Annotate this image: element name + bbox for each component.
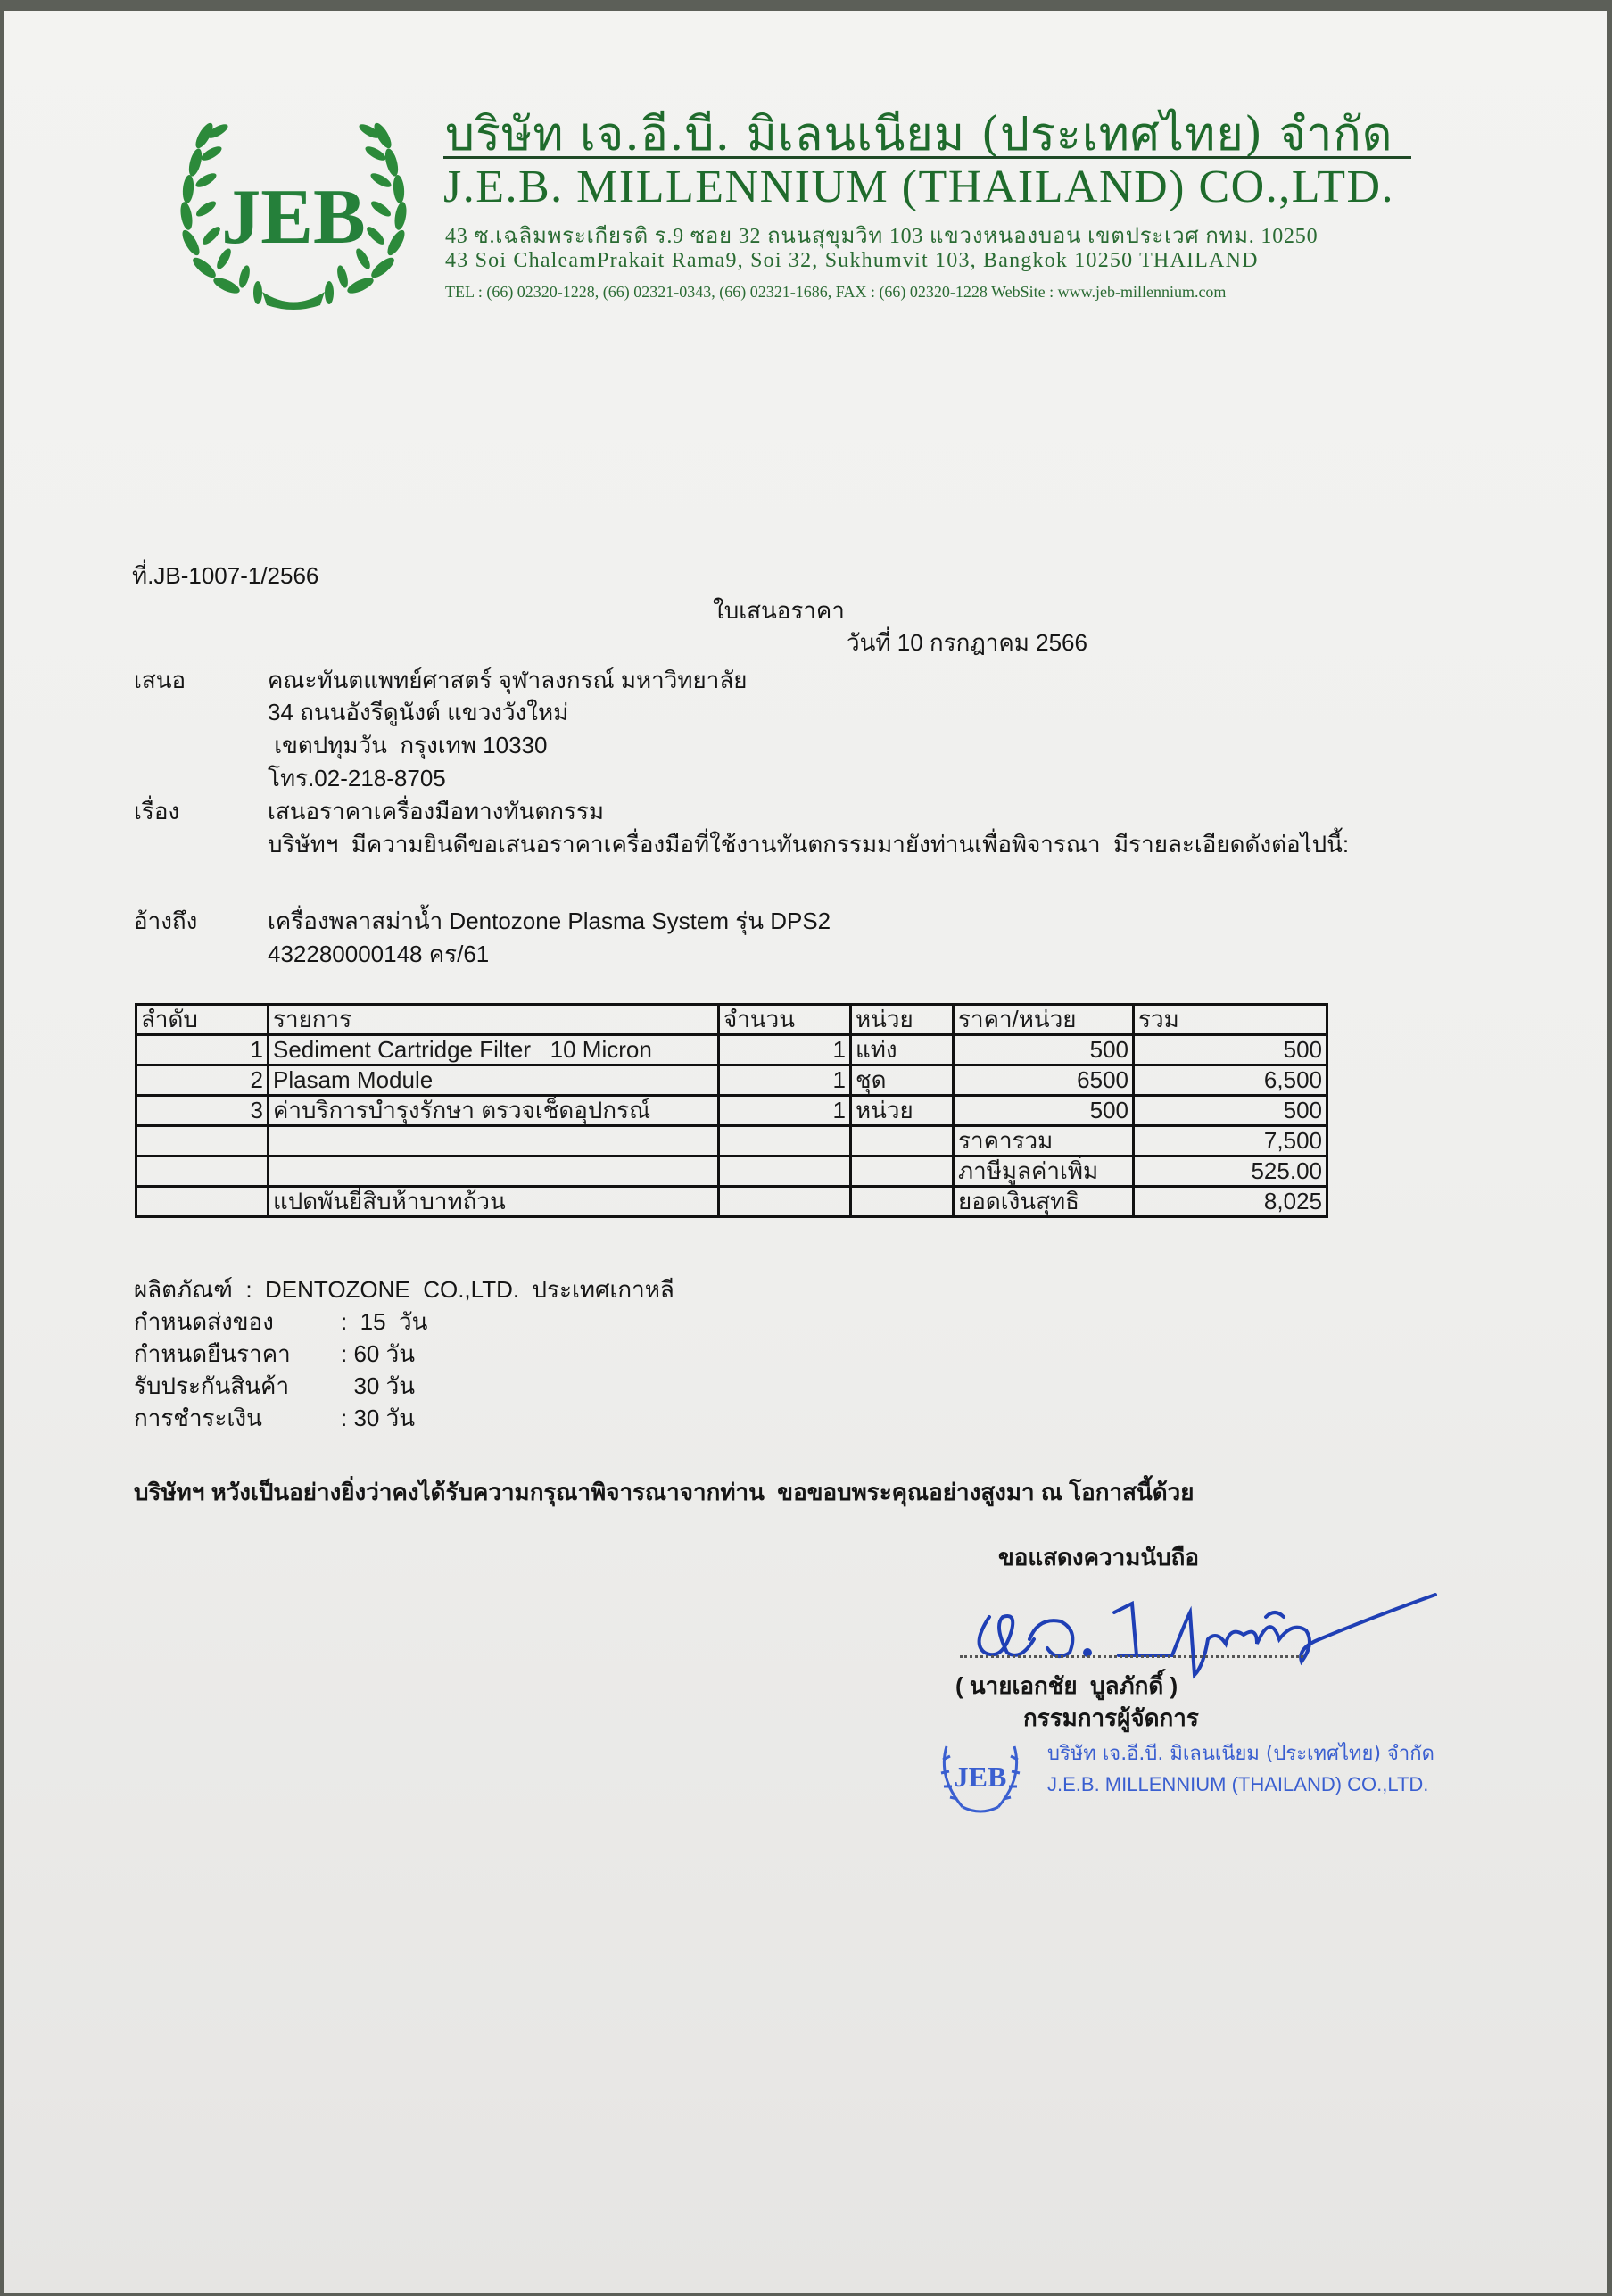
quotation-page: JEB บริษัท เจ.อี.บี. มิเลนเนียม (ประเทศไ… bbox=[4, 11, 1607, 2293]
row-unit: แท่ง bbox=[851, 1035, 954, 1065]
amount-in-words: แปดพันยี่สิบห้าบาทถ้วน bbox=[269, 1187, 719, 1217]
net-total-row: แปดพันยี่สิบห้าบาทถ้วน ยอดเงินสุทธิ 8,02… bbox=[136, 1187, 1327, 1217]
jeb-laurel-logo: JEB bbox=[169, 109, 418, 310]
reference-line: 432280000148 คร/61 bbox=[268, 936, 489, 973]
closing-text: บริษัทฯ หวังเป็นอย่างยิ่งว่าคงได้รับความ… bbox=[134, 1474, 1194, 1511]
subject-text: เสนอราคาเครื่องมือทางทันตกรรม bbox=[268, 793, 604, 830]
product-origin: ผลิตภัณฑ์ : DENTOZONE CO.,LTD. ประเทศเกา… bbox=[134, 1272, 674, 1308]
recipient-line: คณะทันตแพทย์ศาสตร์ จุฬาลงกรณ์ มหาวิทยาลั… bbox=[268, 662, 748, 699]
table-row: 2 Plasam Module 1 ชุด 6500 6,500 bbox=[136, 1065, 1327, 1096]
term-label: การชำระเงิน bbox=[134, 1400, 262, 1437]
header-item: รายการ bbox=[269, 1005, 719, 1035]
letterhead-divider bbox=[443, 156, 1411, 159]
subtotal-value: 7,500 bbox=[1134, 1126, 1327, 1156]
row-unit-price: 6500 bbox=[954, 1065, 1134, 1096]
row-total: 500 bbox=[1134, 1096, 1327, 1126]
row-unit-price: 500 bbox=[954, 1035, 1134, 1065]
term-value: : 15 วัน bbox=[341, 1304, 427, 1340]
recipient-phone: โทร.02-218-8705 bbox=[268, 760, 446, 797]
regards-text: ขอแสดงความนับถือ bbox=[998, 1539, 1199, 1576]
company-name-thai: บริษัท เจ.อี.บี. มิเลนเนียม (ประเทศไทย) … bbox=[445, 96, 1393, 170]
row-qty: 1 bbox=[719, 1065, 851, 1096]
row-no: 3 bbox=[136, 1096, 269, 1126]
recipient-label: เสนอ bbox=[134, 662, 186, 699]
subject-label: เรื่อง bbox=[134, 793, 179, 830]
row-unit: หน่วย bbox=[851, 1096, 954, 1126]
signer-name: ( นายเอกชัย บูลภักดิ์ ) bbox=[955, 1668, 1178, 1704]
intro-text: บริษัทฯ มีความยินดีขอเสนอราคาเครื่องมือท… bbox=[268, 826, 1349, 863]
header-total: รวม bbox=[1134, 1005, 1327, 1035]
row-no: 1 bbox=[136, 1035, 269, 1065]
table-row: 3 ค่าบริการบำรุงรักษา ตรวจเช็ดอุปกรณ์ 1 … bbox=[136, 1096, 1327, 1126]
term-label: กำหนดส่งของ bbox=[134, 1304, 274, 1340]
company-stamp: JEB บริษัท เจ.อี.บี. มิเลนเนียม (ประเทศไ… bbox=[936, 1737, 1435, 1809]
row-total: 500 bbox=[1134, 1035, 1327, 1065]
row-qty: 1 bbox=[719, 1096, 851, 1126]
stamp-company-english: J.E.B. MILLENNIUM (THAILAND) CO.,LTD. bbox=[1047, 1773, 1428, 1796]
table-header-row: ลำดับ รายการ จำนวน หน่วย ราคา/หน่วย รวม bbox=[136, 1005, 1327, 1035]
term-label: กำหนดยืนราคา bbox=[134, 1336, 291, 1372]
quotation-table: ลำดับ รายการ จำนวน หน่วย ราคา/หน่วย รวม … bbox=[135, 1003, 1328, 1218]
vat-label: ภาษีมูลค่าเพิ่ม bbox=[954, 1156, 1134, 1187]
header-no: ลำดับ bbox=[136, 1005, 269, 1035]
term-label: รับประกันสินค้า bbox=[134, 1368, 289, 1405]
recipient-line: เขตปทุมวัน กรุงเทพ 10330 bbox=[268, 727, 547, 764]
signature-line bbox=[960, 1655, 1303, 1658]
company-name-english: J.E.B. MILLENNIUM (THAILAND) CO.,LTD. bbox=[443, 161, 1394, 213]
net-total-label: ยอดเงินสุทธิ bbox=[954, 1187, 1134, 1217]
row-item: Sediment Cartridge Filter 10 Micron bbox=[269, 1035, 719, 1065]
svg-text:JEB: JEB bbox=[221, 174, 365, 261]
recipient-line: 34 ถนนอังรีดูนังต์ แขวงวังใหม่ bbox=[268, 694, 568, 731]
net-total-value: 8,025 bbox=[1134, 1187, 1327, 1217]
signer-title: กรรมการผู้จัดการ bbox=[1023, 1700, 1199, 1737]
table-row: 1 Sediment Cartridge Filter 10 Micron 1 … bbox=[136, 1035, 1327, 1065]
row-total: 6,500 bbox=[1134, 1065, 1327, 1096]
company-contact: TEL : (66) 02320-1228, (66) 02321-0343, … bbox=[445, 283, 1226, 302]
row-item: ค่าบริการบำรุงรักษา ตรวจเช็ดอุปกรณ์ bbox=[269, 1096, 719, 1126]
header-unit: หน่วย bbox=[851, 1005, 954, 1035]
header-qty: จำนวน bbox=[719, 1005, 851, 1035]
vat-row: ภาษีมูลค่าเพิ่ม 525.00 bbox=[136, 1156, 1327, 1187]
document-reference-number: ที่.JB-1007-1/2566 bbox=[132, 558, 318, 594]
row-unit-price: 500 bbox=[954, 1096, 1134, 1126]
subtotal-label: ราคารวม bbox=[954, 1126, 1134, 1156]
term-value: 30 วัน bbox=[341, 1368, 415, 1405]
vat-value: 525.00 bbox=[1134, 1156, 1327, 1187]
document-date: วันที่ 10 กรกฎาคม 2566 bbox=[847, 625, 1087, 661]
stamp-company-thai: บริษัท เจ.อี.บี. มิเลนเนียม (ประเทศไทย) … bbox=[1047, 1737, 1434, 1769]
header-unit-price: ราคา/หน่วย bbox=[954, 1005, 1134, 1035]
document-title: ใบเสนอราคา bbox=[713, 593, 845, 629]
term-value: : 60 วัน bbox=[341, 1336, 415, 1372]
company-address-english: 43 Soi ChaleamPrakait Rama9, Soi 32, Suk… bbox=[445, 249, 1259, 273]
row-unit: ชุด bbox=[851, 1065, 954, 1096]
company-address-thai: 43 ซ.เฉลิมพระเกียรติ ร.9 ซอย 32 ถนนสุขุม… bbox=[445, 218, 1318, 253]
stamp-laurel-icon: JEB bbox=[936, 1737, 1025, 1813]
subtotal-row: ราคารวม 7,500 bbox=[136, 1126, 1327, 1156]
row-no: 2 bbox=[136, 1065, 269, 1096]
row-qty: 1 bbox=[719, 1035, 851, 1065]
svg-text:JEB: JEB bbox=[955, 1761, 1007, 1793]
term-value: : 30 วัน bbox=[341, 1400, 415, 1437]
reference-label: อ้างถึง bbox=[134, 903, 197, 940]
reference-line: เครื่องพลาสม่าน้ำ Dentozone Plasma Syste… bbox=[268, 903, 831, 940]
row-item: Plasam Module bbox=[269, 1065, 719, 1096]
